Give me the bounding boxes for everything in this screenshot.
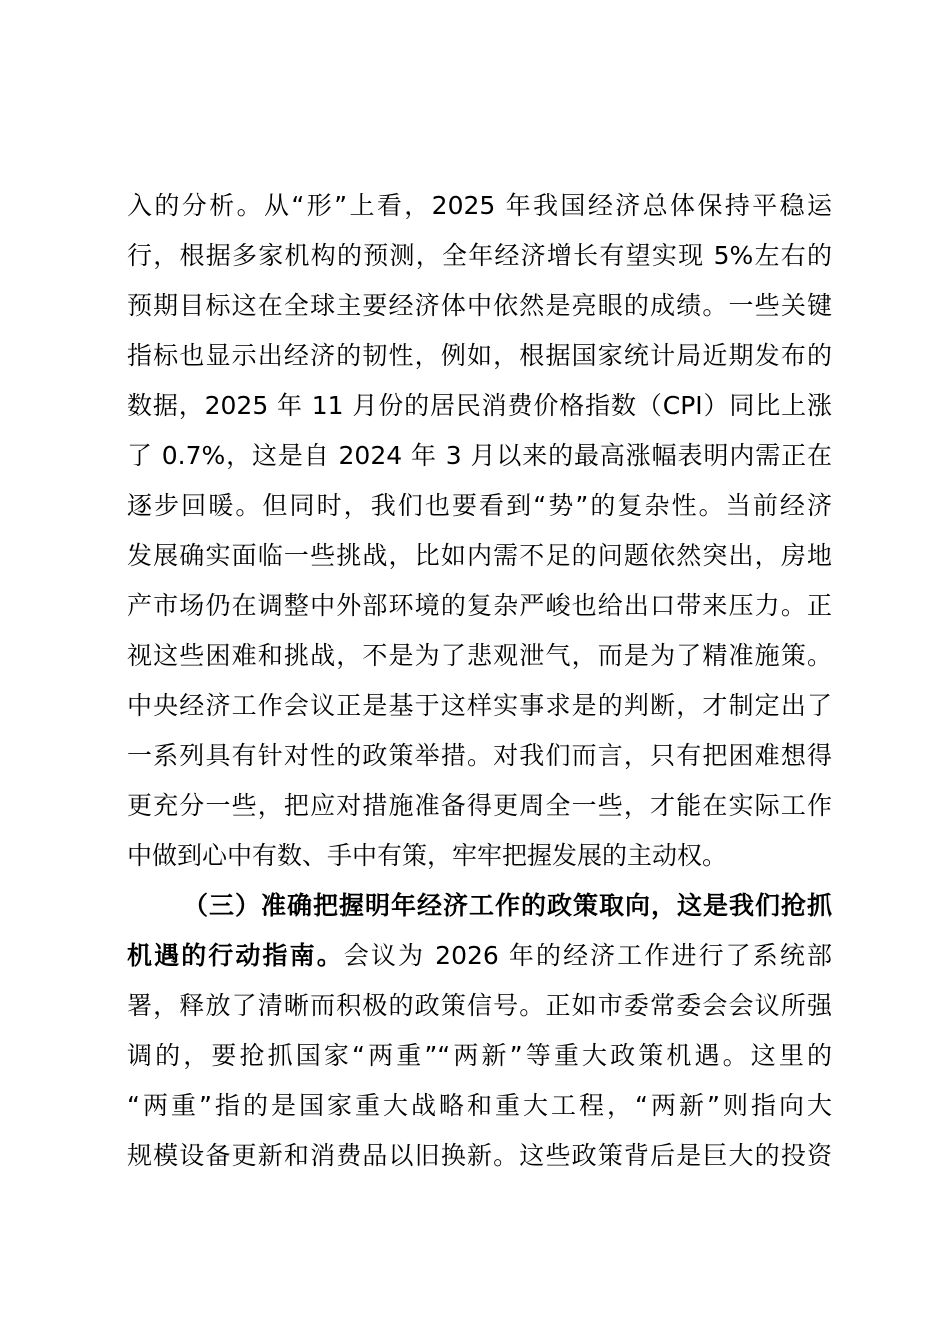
body-text: 入的分析。从“形”上看，2025 年我国经济总体保持平稳运 行，根据多家机构的预… bbox=[127, 181, 832, 1181]
text-line: 视这些困难和挑战，不是为了悲观泄气，而是为了精准施策。 bbox=[127, 631, 832, 681]
text-line: 了 0.7%，这是自 2024 年 3 月以来的最高涨幅表明内需正在 bbox=[127, 431, 832, 481]
text-run: 会议为 2026 年的经济工作进行了系统部 bbox=[344, 941, 832, 970]
text-line: 行，根据多家机构的预测，全年经济增长有望实现 5%左右的 bbox=[127, 231, 832, 281]
text-line: 中央经济工作会议正是基于这样实事求是的判断，才制定出了 bbox=[127, 681, 832, 731]
text-line: 调的，要抢抓国家“两重”“两新”等重大政策机遇。这里的 bbox=[127, 1031, 832, 1081]
text-line: 更充分一些，把应对措施准备得更周全一些，才能在实际工作 bbox=[127, 781, 832, 831]
text-line: 指标也显示出经济的韧性，例如，根据国家统计局近期发布的 bbox=[127, 331, 832, 381]
text-line: 机遇的行动指南。会议为 2026 年的经济工作进行了系统部 bbox=[127, 931, 832, 981]
paragraph-analysis: 入的分析。从“形”上看，2025 年我国经济总体保持平稳运 行，根据多家机构的预… bbox=[127, 181, 832, 881]
document-page: 入的分析。从“形”上看，2025 年我国经济总体保持平稳运 行，根据多家机构的预… bbox=[0, 0, 950, 1344]
section-heading: （三）准确把握明年经济工作的政策取向，这是我们抢抓 bbox=[127, 881, 832, 931]
text-line: 中做到心中有数、手中有策，牢牢把握发展的主动权。 bbox=[127, 831, 832, 881]
text-line: 数据，2025 年 11 月份的居民消费价格指数（CPI）同比上涨 bbox=[127, 381, 832, 431]
paragraph-policy-orientation: （三）准确把握明年经济工作的政策取向，这是我们抢抓 机遇的行动指南。会议为 20… bbox=[127, 881, 832, 1181]
text-line: 预期目标这在全球主要经济体中依然是亮眼的成绩。一些关键 bbox=[127, 281, 832, 331]
text-line: 逐步回暖。但同时，我们也要看到“势”的复杂性。当前经济 bbox=[127, 481, 832, 531]
section-heading-continued: 机遇的行动指南。 bbox=[127, 941, 344, 970]
text-line: 入的分析。从“形”上看，2025 年我国经济总体保持平稳运 bbox=[127, 181, 832, 231]
text-line: “两重”指的是国家重大战略和重大工程，“两新”则指向大 bbox=[127, 1081, 832, 1131]
text-line: 发展确实面临一些挑战，比如内需不足的问题依然突出，房地 bbox=[127, 531, 832, 581]
text-line: 一系列具有针对性的政策举措。对我们而言，只有把困难想得 bbox=[127, 731, 832, 781]
text-line: 署，释放了清晰而积极的政策信号。正如市委常委会会议所强 bbox=[127, 981, 832, 1031]
text-line: 产市场仍在调整中外部环境的复杂严峻也给出口带来压力。正 bbox=[127, 581, 832, 631]
text-line: 规模设备更新和消费品以旧换新。这些政策背后是巨大的投资 bbox=[127, 1131, 832, 1181]
